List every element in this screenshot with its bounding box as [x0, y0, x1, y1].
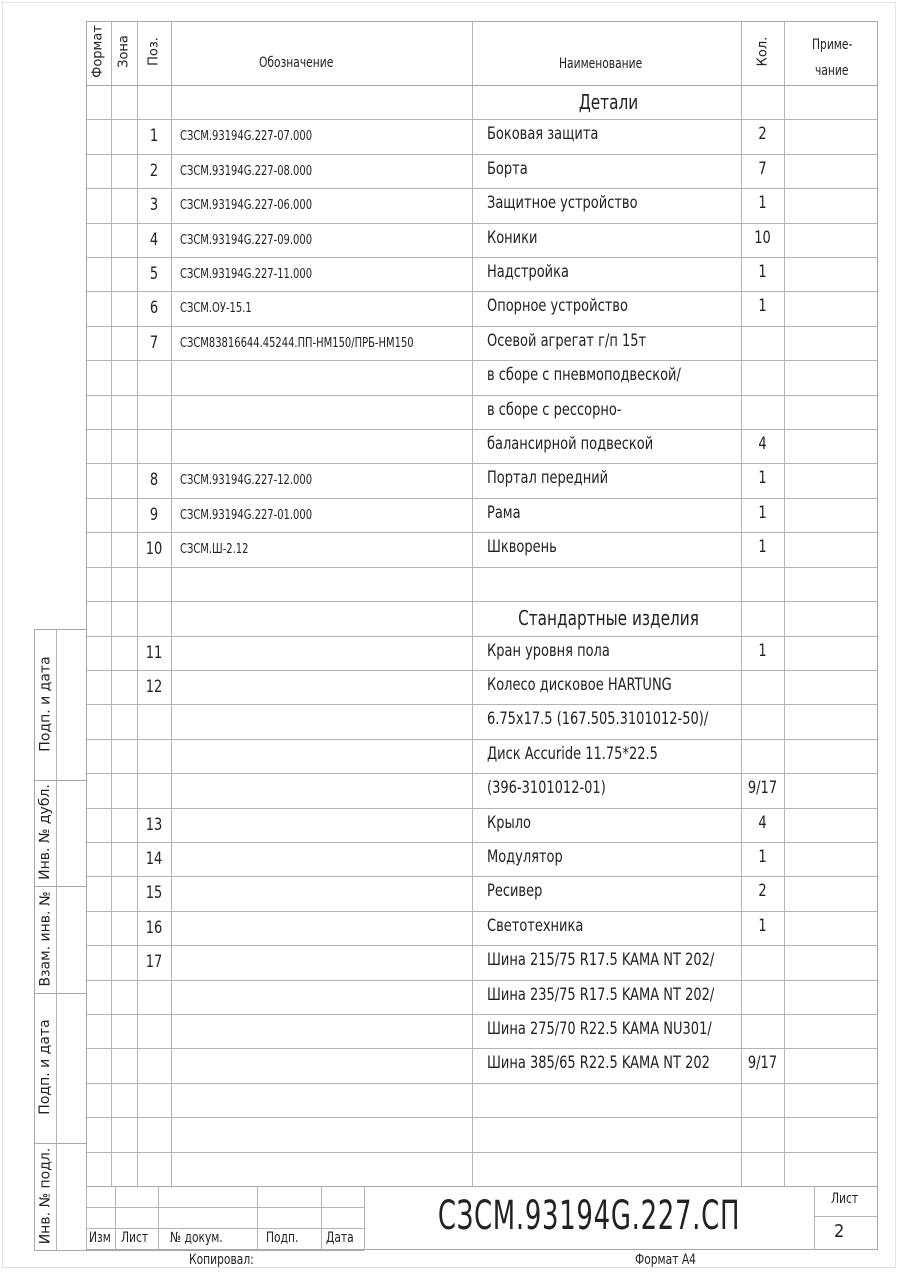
- grid-line: [115, 1186, 116, 1250]
- cell-position: 16: [140, 918, 169, 938]
- cell-quantity: 1: [744, 262, 781, 282]
- cell-quantity: 1: [744, 296, 781, 316]
- header-designation: Обозначение: [259, 55, 333, 71]
- cell-designation: СЗСМ.93194G.227-09.000: [180, 232, 312, 248]
- grid-line: [86, 463, 878, 464]
- cell-name: Коники: [487, 228, 537, 248]
- grid-line: [111, 21, 112, 1186]
- cell-name: Крыло: [487, 813, 531, 833]
- cell-designation: СЗСМ.93194G.227-12.000: [180, 472, 312, 488]
- cell-name: Шина 385/65 R22.5 KAMA NT 202: [487, 1053, 710, 1073]
- cell-name: Борта: [487, 159, 528, 179]
- cell-name: в сборе с рессорно-: [487, 400, 621, 420]
- cell-name: Модулятор: [487, 847, 563, 867]
- cell-position: 7: [140, 333, 169, 353]
- section-title: Стандартные изделия: [494, 606, 723, 630]
- cell-position: 17: [140, 952, 169, 972]
- cell-name: Светотехника: [487, 916, 583, 936]
- cell-position: 15: [140, 883, 169, 903]
- grid-line: [86, 326, 878, 327]
- cell-quantity: 1: [744, 537, 781, 557]
- grid-line: [56, 629, 57, 1250]
- grid-line: [86, 808, 878, 809]
- cell-quantity: 10: [744, 228, 781, 248]
- document-number: СЗСМ.93194G.227.СП: [427, 1193, 751, 1239]
- grid-line: [86, 85, 878, 86]
- cell-position: 6: [140, 298, 169, 318]
- cell-name: Рама: [487, 503, 521, 523]
- grid-line: [86, 154, 878, 155]
- title-block-column-label: Лист: [121, 1230, 148, 1246]
- cell-position: 3: [140, 195, 169, 215]
- cell-quantity: 1: [744, 641, 781, 661]
- section-title: Детали: [494, 90, 723, 114]
- grid-line: [86, 842, 878, 843]
- cell-quantity: 1: [744, 916, 781, 936]
- grid-line: [86, 498, 878, 499]
- cell-position: 14: [140, 849, 169, 869]
- grid-line: [86, 773, 878, 774]
- copied-by-label: Копировал:: [189, 1252, 254, 1268]
- header-qty: Кол.: [756, 24, 771, 80]
- header-pos: Поз.: [147, 24, 162, 80]
- cell-designation: СЗСМ.93194G.227-08.000: [180, 163, 312, 179]
- grid-line: [86, 911, 878, 912]
- grid-line: [86, 1152, 878, 1153]
- cell-designation: СЗСМ.ОУ-15.1: [180, 300, 252, 316]
- cell-position: 8: [140, 470, 169, 490]
- cell-name: Кран уровня пола: [487, 641, 610, 661]
- grid-line: [86, 567, 878, 568]
- cell-name: Шина 275/70 R22.5 KAMA NU301/: [487, 1019, 712, 1039]
- grid-line: [86, 360, 878, 361]
- grid-line: [86, 739, 878, 740]
- grid-line: [86, 876, 878, 877]
- cell-name: в сборе с пневмоподвеской/: [487, 365, 681, 385]
- grid-line: [86, 636, 878, 637]
- grid-line: [86, 1014, 878, 1015]
- grid-line: [171, 21, 172, 1186]
- cell-position: 10: [140, 539, 169, 559]
- cell-name: Портал передний: [487, 468, 608, 488]
- cell-quantity: 7: [744, 159, 781, 179]
- grid-line: [814, 1186, 815, 1250]
- cell-quantity: 1: [744, 503, 781, 523]
- grid-line: [257, 1186, 258, 1250]
- cell-quantity: 1: [744, 193, 781, 213]
- grid-line: [472, 21, 473, 1186]
- side-strip-label: Подп. и дата: [37, 992, 53, 1142]
- cell-name: Осевой агрегат г/п 15т: [487, 331, 646, 351]
- grid-line: [86, 1186, 364, 1187]
- grid-line: [86, 945, 878, 946]
- cell-quantity: 1: [744, 468, 781, 488]
- grid-line: [364, 1186, 878, 1187]
- grid-line: [86, 1117, 878, 1118]
- grid-line: [86, 188, 878, 189]
- cell-quantity: 9/17: [744, 1053, 781, 1073]
- cell-name: 6.75x17.5 (167.505.3101012-50)/: [487, 709, 708, 729]
- grid-line: [86, 429, 878, 430]
- cell-name: (396-3101012-01): [487, 778, 606, 798]
- sheet-label: Лист: [831, 1191, 858, 1207]
- cell-name: Шина 215/75 R17.5 KAMA NT 202/: [487, 950, 714, 970]
- header-note-line1: Приме-: [812, 37, 852, 53]
- cell-name: Шина 235/75 R17.5 KAMA NT 202/: [487, 985, 714, 1005]
- grid-line: [741, 21, 742, 1186]
- grid-line: [86, 704, 878, 705]
- grid-line: [86, 1083, 878, 1084]
- grid-line: [86, 532, 878, 533]
- cell-position: 13: [140, 815, 169, 835]
- cell-designation: СЗСМ.93194G.227-11.000: [180, 266, 312, 282]
- grid-line: [784, 21, 785, 1186]
- title-block-column-label: № докум.: [170, 1230, 223, 1246]
- cell-designation: СЗСМ.93194G.227-07.000: [180, 128, 312, 144]
- grid-line: [86, 395, 878, 396]
- cell-designation: СЗСМ.Ш-2.12: [180, 541, 248, 557]
- grid-line: [86, 1207, 364, 1208]
- cell-name: Надстройка: [487, 262, 569, 282]
- cell-quantity: 9/17: [744, 778, 781, 798]
- cell-designation: СЗСМ83816644.45244.ПП-НМ150/ПРБ-НМ150: [180, 335, 414, 351]
- cell-quantity: 4: [744, 813, 781, 833]
- cell-name: Диск Accuride 11.75*22.5: [487, 744, 658, 764]
- grid-line: [34, 1250, 86, 1251]
- header-zone: Зона: [117, 24, 132, 80]
- cell-position: 2: [140, 161, 169, 181]
- cell-position: 9: [140, 505, 169, 525]
- cell-position: 11: [140, 643, 169, 663]
- grid-line: [86, 601, 878, 602]
- grid-line: [86, 1228, 364, 1229]
- cell-name: Шкворень: [487, 537, 557, 557]
- cell-name: Защитное устройство: [487, 193, 638, 213]
- cell-quantity: 2: [744, 124, 781, 144]
- side-strip-label: Взам. инв. №: [37, 885, 53, 992]
- title-block-column-label: Изм: [89, 1230, 111, 1246]
- sheet-number: 2: [834, 1221, 844, 1242]
- grid-line: [86, 670, 878, 671]
- cell-name: балансирной подвеской: [487, 434, 653, 454]
- grid-line: [86, 223, 878, 224]
- header-format: Формат: [91, 24, 106, 80]
- grid-line: [86, 119, 878, 120]
- cell-position: 12: [140, 677, 169, 697]
- cell-designation: СЗСМ.93194G.227-01.000: [180, 507, 312, 523]
- grid-line: [321, 1186, 322, 1250]
- cell-quantity: 2: [744, 881, 781, 901]
- side-strip-label: Подп. и дата: [37, 628, 53, 779]
- cell-name: Колесо дисковое HARTUNG: [487, 675, 672, 695]
- cell-position: 1: [140, 126, 169, 146]
- side-strip-label: Инв. № дубл.: [37, 779, 53, 885]
- cell-name: Опорное устройство: [487, 296, 628, 316]
- header-name: Наименование: [559, 56, 642, 72]
- grid-line: [86, 291, 878, 292]
- cell-name: Ресивер: [487, 881, 542, 901]
- grid-line: [86, 257, 878, 258]
- cell-name: Боковая защита: [487, 124, 598, 144]
- grid-line: [86, 1186, 87, 1250]
- title-block-column-label: Подп.: [266, 1230, 298, 1246]
- format-label: Формат А4: [635, 1252, 696, 1268]
- title-block-column-label: Дата: [326, 1230, 354, 1246]
- grid-line: [86, 1250, 364, 1251]
- grid-line: [86, 980, 878, 981]
- grid-line: [158, 1186, 159, 1250]
- grid-line: [137, 21, 138, 1186]
- grid-line: [814, 1216, 878, 1217]
- side-strip-label: Инв. № подл.: [37, 1142, 53, 1249]
- cell-position: 5: [140, 264, 169, 284]
- grid-line: [86, 1048, 878, 1049]
- grid-line: [364, 1186, 365, 1250]
- cell-quantity: 1: [744, 847, 781, 867]
- cell-quantity: 4: [744, 434, 781, 454]
- cell-designation: СЗСМ.93194G.227-06.000: [180, 197, 312, 213]
- header-note-line2: чание: [815, 63, 848, 79]
- cell-position: 4: [140, 230, 169, 250]
- grid-line: [34, 629, 35, 1250]
